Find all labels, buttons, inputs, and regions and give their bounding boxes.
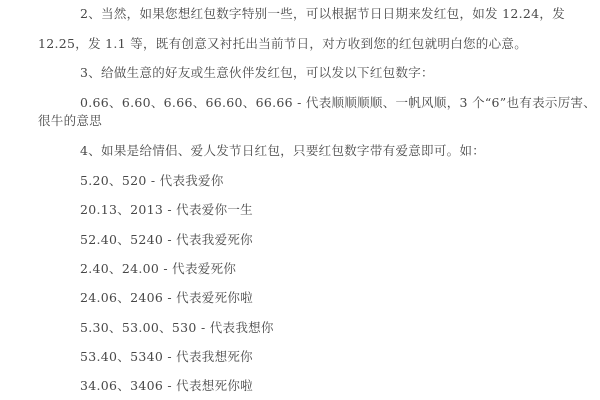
document-page: 2、当然，如果您想红包数字特别一些，可以根据节日日期来发红包，如发 12.24，… bbox=[0, 0, 600, 400]
love-number-item: 5.20、520 - 代表我爱你 bbox=[80, 173, 224, 189]
business-numbers-line-2: 很牛的意思 bbox=[38, 113, 102, 129]
paragraph-2-line-1: 2、当然，如果您想红包数字特别一些，可以根据节日日期来发红包，如发 12.24，… bbox=[80, 6, 565, 22]
business-numbers-line-1: 0.66、6.60、6.66、66.60、66.66 - 代表顺顺顺顺、一帆风顺… bbox=[80, 95, 596, 111]
love-number-item: 24.06、2406 - 代表爱死你啦 bbox=[80, 290, 253, 306]
paragraph-3-heading: 3、给做生意的好友或生意伙伴发红包，可以发以下红包数字： bbox=[80, 65, 434, 81]
love-number-item: 20.13、2013 - 代表爱你一生 bbox=[80, 202, 253, 218]
love-number-item: 2.40、24.00 - 代表爱死你 bbox=[80, 261, 236, 277]
paragraph-2-line-2: 12.25，发 1.1 等，既有创意又衬托出当前节日，对方收到您的红包就明白您的… bbox=[38, 36, 527, 52]
paragraph-4-heading: 4、如果是给情侣、爱人发节日红包，只要红包数字带有爱意即可。如： bbox=[80, 143, 485, 159]
love-number-item: 53.40、5340 - 代表我想死你 bbox=[80, 349, 253, 365]
love-number-item: 5.30、53.00、530 - 代表我想你 bbox=[80, 320, 274, 336]
love-number-item: 34.06、3406 - 代表想死你啦 bbox=[80, 378, 253, 394]
love-number-item: 52.40、5240 - 代表我爱死你 bbox=[80, 232, 253, 248]
